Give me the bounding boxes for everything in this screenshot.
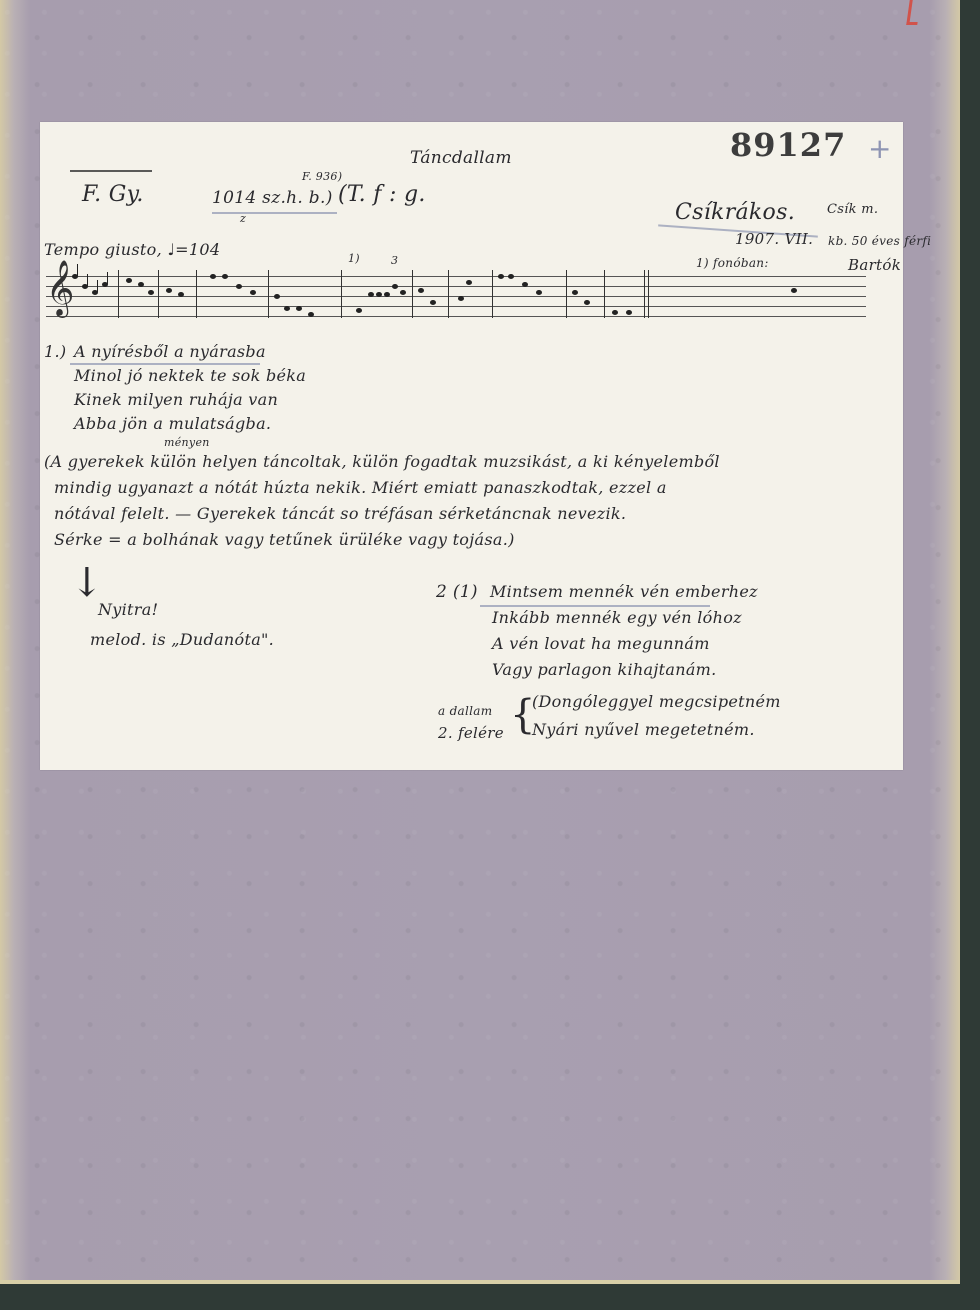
- treble-clef-icon: 𝄞: [46, 260, 74, 317]
- catalog-ref: F. Gy.: [82, 182, 144, 207]
- stanza-1-line: Kinek milyen ruhája van: [74, 390, 278, 409]
- stanza-1-line: A nyírésből a nyárasba: [74, 342, 266, 361]
- second-half-line: (Dongóleggyel megcsipetném: [532, 692, 781, 711]
- triplet-marker: 3: [391, 254, 398, 267]
- side-note-line: Nyitra!: [98, 600, 158, 619]
- pencil-underline-stanza: [70, 363, 260, 365]
- stanza-2-line: Mintsem mennék vén emberhez: [490, 582, 758, 601]
- stanza-2-line: A vén lovat ha megunnám: [492, 634, 710, 653]
- place-name: Csíkrákos.: [675, 200, 795, 225]
- side-note-line: melod. is „Dudanóta".: [90, 630, 274, 649]
- note-line: (A gyerekek külön helyen táncoltak, külö…: [44, 452, 720, 471]
- catalog-number: 1014 sz.h. b.): [212, 188, 333, 208]
- manuscript-card: Táncdallam 89127 + F. Gy. 1014 sz.h. b.)…: [40, 122, 903, 770]
- note-line: mindig ugyanazt a nótát húzta nekik. Mié…: [54, 478, 667, 497]
- stanza-2-line: Vagy parlagon kihajtanám.: [492, 660, 717, 679]
- second-half-line: Nyári nyűvel megetetném.: [532, 720, 755, 739]
- archive-number-stamp: 89127: [730, 126, 846, 164]
- county: Csík m.: [827, 202, 878, 217]
- paren-ref: (T. f : g.: [338, 182, 426, 207]
- footnote-marker: 1): [348, 252, 360, 265]
- footnote-variant-label: 1) fonóban:: [696, 256, 769, 270]
- overline: [70, 170, 152, 172]
- stanza-2-line: Inkább mennék egy vén lóhoz: [492, 608, 742, 627]
- note-line: Sérke = a bolhának vagy tetűnek ürüléke …: [54, 530, 515, 549]
- informant: kb. 50 éves férfi: [828, 234, 931, 248]
- stanza-1-line: Minol jó nektek te sok béka: [74, 366, 306, 385]
- pencil-underline: [212, 212, 337, 214]
- second-half-label: a dallam: [438, 704, 492, 718]
- catalog-subscript: z: [240, 212, 246, 225]
- stanza-1-line: Abba jön a mulatságba.: [74, 414, 271, 433]
- song-title: Táncdallam: [410, 148, 512, 168]
- stanza-2-label: 2 (1): [436, 582, 478, 602]
- stanza-1-label: 1.): [44, 342, 66, 361]
- music-staff: 𝄞 1) 3 1) fonóban:: [46, 270, 866, 322]
- pencil-underline-stanza-2: [480, 605, 710, 607]
- tempo-marking: Tempo giusto, ♩=104: [44, 240, 220, 259]
- note-line: nótával felelt. — Gyerekek táncát so tré…: [54, 504, 626, 523]
- date: 1907. VII.: [735, 230, 813, 248]
- plus-mark: +: [868, 132, 891, 165]
- insertion-word: ményen: [164, 436, 210, 449]
- second-half-label: 2. felére: [438, 724, 504, 742]
- paren-ref-top: F. 936): [302, 170, 342, 183]
